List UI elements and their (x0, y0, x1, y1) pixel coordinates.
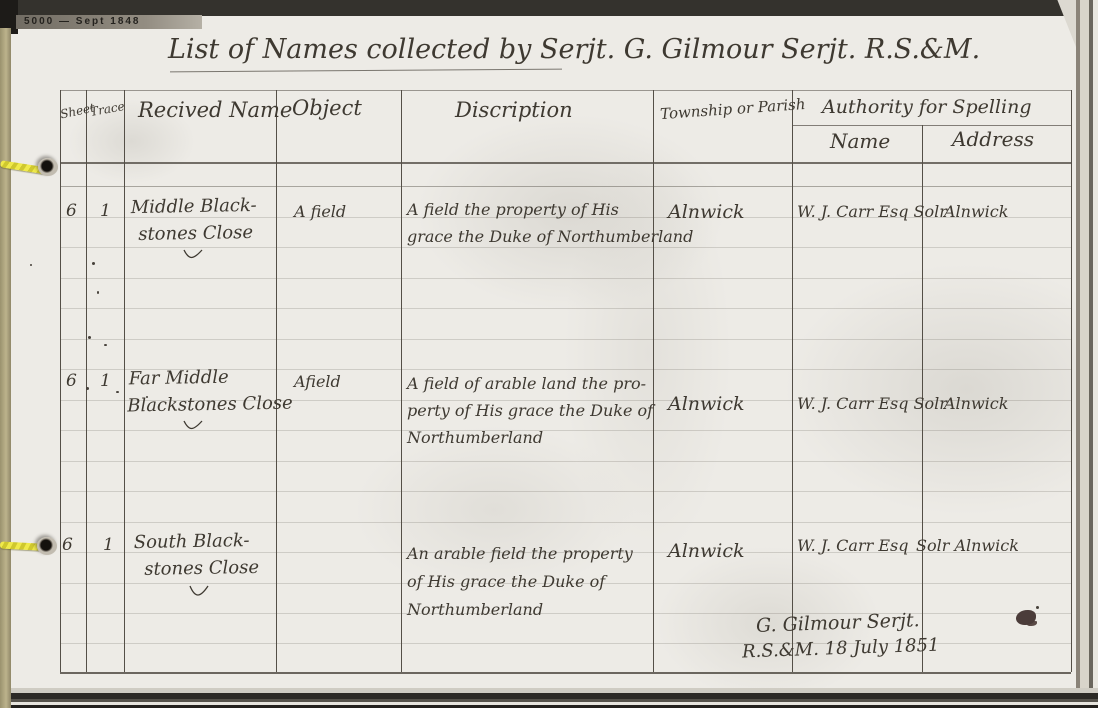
header-object: Object (292, 96, 362, 120)
col-rule-township (792, 90, 793, 672)
ink-speck (30, 264, 32, 266)
ink-speck (116, 391, 119, 393)
ruled-line (60, 278, 1071, 279)
ink-speck (86, 387, 89, 390)
cell-received-name: Far Middle Blackstones Close (129, 363, 293, 420)
cell-trace: 1 (103, 532, 114, 559)
cell-township: Alnwick (668, 393, 745, 415)
cell-township: Alnwick (668, 540, 745, 562)
header-authority-address: Address (952, 127, 1034, 151)
authority-subheader-rule (792, 125, 1071, 126)
header-description: Discription (455, 98, 573, 122)
cell-object: Afield (294, 368, 341, 395)
binding-eyelet-top (38, 158, 58, 176)
ruled-line (60, 461, 1071, 462)
table-border-right (1071, 90, 1072, 672)
cell-description: An arable field the property of His grac… (407, 540, 633, 624)
cell-sheet: 6 (66, 198, 77, 225)
cell-authority-address: Alnwick (944, 390, 1008, 417)
page-title: List of Names collected by Serjt. G. Gil… (168, 34, 980, 65)
scan-top-edge (0, 0, 1098, 16)
ink-speck (97, 291, 99, 294)
cell-received-name: South Black- stones Close (134, 527, 260, 583)
page-stack-bottom-edge (0, 688, 1098, 708)
ink-speck (104, 344, 107, 346)
ink-speck (88, 336, 91, 339)
ruled-line (60, 339, 1071, 340)
binding-eyelet-bottom (37, 537, 57, 555)
header-authority-name: Name (830, 129, 890, 153)
form-stamp-text: 5000 — Sept 1848 (24, 16, 141, 27)
binding-edge (0, 28, 11, 708)
cell-township: Alnwick (668, 201, 745, 223)
ink-speck (1036, 606, 1039, 609)
header-received-name: Recived Name (138, 98, 292, 122)
check-flourish (182, 418, 204, 432)
ink-speck (146, 396, 148, 398)
cell-sheet: 6 (62, 532, 73, 559)
cell-authority-address: Alnwick (944, 198, 1008, 225)
cell-authority-address: Solr Alnwick (916, 532, 1019, 559)
header-bottom-rule (60, 162, 1071, 164)
table-border-top (60, 90, 1071, 91)
ruled-line (60, 491, 1071, 492)
cell-trace: 1 (100, 368, 111, 395)
ink-speck (92, 262, 95, 265)
col-rule-description (653, 90, 654, 672)
header-authority: Authority for Spelling (822, 96, 1031, 118)
cell-authority-name: W. J. Carr Esq Solr (797, 198, 947, 225)
page-stack-right-edge (1076, 0, 1098, 708)
ruled-line (60, 308, 1071, 309)
scanned-ledger-page: 5000 — Sept 1848 List of Names collected… (0, 0, 1098, 708)
cell-description: A field of arable land the pro- perty of… (407, 370, 653, 451)
ruled-line (60, 186, 1071, 187)
col-rule-sheet (86, 90, 87, 672)
col-rule-trace (124, 90, 125, 672)
cell-authority-name: W. J. Carr Esq Solr (797, 390, 947, 417)
cell-authority-name: W. J. Carr Esq (797, 532, 908, 559)
table-border-left (60, 90, 61, 672)
ruled-line (60, 522, 1071, 523)
table-border-bottom (60, 672, 1071, 674)
cell-trace: 1 (100, 198, 111, 225)
cell-received-name: Middle Black- stones Close (131, 192, 258, 248)
check-flourish (188, 583, 210, 599)
check-flourish (182, 247, 204, 261)
col-rule-object (401, 90, 402, 672)
cell-description: A field the property of His grace the Du… (407, 196, 693, 250)
cell-object: A field (294, 198, 346, 225)
cell-sheet: 6 (66, 368, 77, 395)
